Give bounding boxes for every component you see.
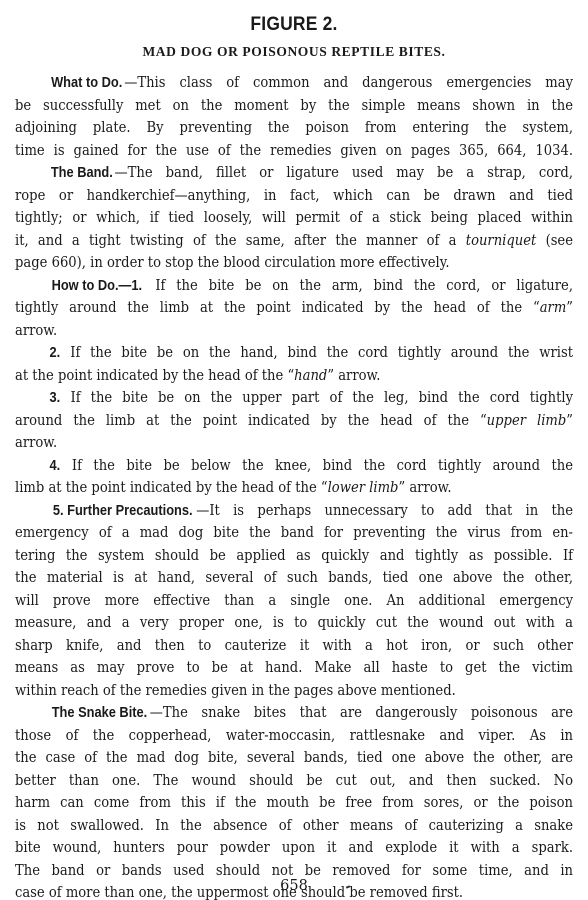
text-line: tering the system should be applied as q…: [15, 545, 573, 568]
italic-term: upper limb: [487, 412, 567, 429]
text-line: bite wound, hunters pour powder upon it …: [15, 837, 573, 860]
text-line: sharp knife, and then to cauterize it wi…: [15, 635, 573, 658]
text-line: rope or handkerchief—anything, in fact, …: [15, 185, 573, 208]
text-line: arrow.: [15, 320, 573, 343]
section-heading-what-to-do: What to Do.: [51, 72, 122, 95]
paragraph-how-to-do-line: How to Do.—1. If the bite be on the arm,…: [15, 275, 573, 298]
text-line: tightly around the limb at the point ind…: [15, 297, 573, 320]
step-number: 3.: [49, 387, 60, 410]
italic-term: hand: [294, 367, 327, 384]
text-line: is not swallowed. In the absence of othe…: [15, 815, 573, 838]
body-text: What to Do.—This class of common and dan…: [15, 72, 573, 900]
paragraph-snake-bite-line: The Snake Bite.—The snake bites that are…: [15, 702, 573, 725]
section-heading-snake-bite: The Snake Bite.: [52, 702, 148, 725]
text-line: the material is at hand, several of such…: [15, 567, 573, 590]
italic-term: lower limb: [328, 479, 399, 496]
text-line: those of the copperhead, water-moccasin,…: [15, 725, 573, 748]
section-heading-the-band: The Band.: [51, 162, 113, 185]
text-line: be successfully met on the moment by the…: [15, 95, 573, 118]
text-line: at the point indicated by the head of th…: [15, 365, 573, 388]
page-number: 658: [0, 878, 588, 894]
text-line: measure, and a very proper one, is to qu…: [15, 612, 573, 635]
page-subtitle: MAD DOG OR POISONOUS REPTILE BITES.: [0, 44, 588, 60]
text-line: around the limb at the point indicated b…: [15, 410, 573, 433]
step-4-line: 4. If the bite be below the knee, bind t…: [15, 455, 573, 478]
text-line: it, and a tight twisting of the same, af…: [15, 230, 573, 253]
text-line: the case of the mad dog bite, several ba…: [15, 747, 573, 770]
text-line: adjoining plate. By preventing the poiso…: [15, 117, 573, 140]
step-number: 2.: [49, 342, 60, 365]
italic-term: arm: [540, 299, 567, 316]
section-heading-how-to-do: How to Do.—1.: [52, 275, 142, 298]
paragraph-the-band-line: The Band.—The band, fillet or ligature u…: [15, 162, 573, 185]
paragraph-further-precautions-line: 5. Further Precautions.—It is perhaps un…: [15, 500, 573, 523]
figure-title: FIGURE 2.: [24, 14, 565, 36]
text-line: emergency of a mad dog bite the band for…: [15, 522, 573, 545]
step-2-line: 2. If the bite be on the hand, bind the …: [15, 342, 573, 365]
text-line: time is gained for the use of the remedi…: [15, 140, 573, 163]
step-3-line: 3. If the bite be on the upper part of t…: [15, 387, 573, 410]
text-line: better than one. The wound should be cut…: [15, 770, 573, 793]
text-line: arrow.: [15, 432, 573, 455]
text-line: within reach of the remedies given in th…: [15, 680, 573, 703]
step-number: 4.: [49, 455, 60, 478]
text-line: tightly; or which, if tied loosely, will…: [15, 207, 573, 230]
paragraph-what-to-do-line: What to Do.—This class of common and dan…: [15, 72, 573, 95]
text-line: will prove more effective than a single …: [15, 590, 573, 613]
section-heading-further-precautions: 5. Further Precautions.: [53, 500, 193, 523]
text-line: means as may prove to be at hand. Make a…: [15, 657, 573, 680]
text-line: page 660), in order to stop the blood ci…: [15, 252, 573, 275]
document-page: FIGURE 2. MAD DOG OR POISONOUS REPTILE B…: [0, 0, 588, 900]
italic-term: tourniquet: [466, 232, 537, 249]
text-line: limb at the point indicated by the head …: [15, 477, 573, 500]
text-line: harm can come from this if the mouth be …: [15, 792, 573, 815]
